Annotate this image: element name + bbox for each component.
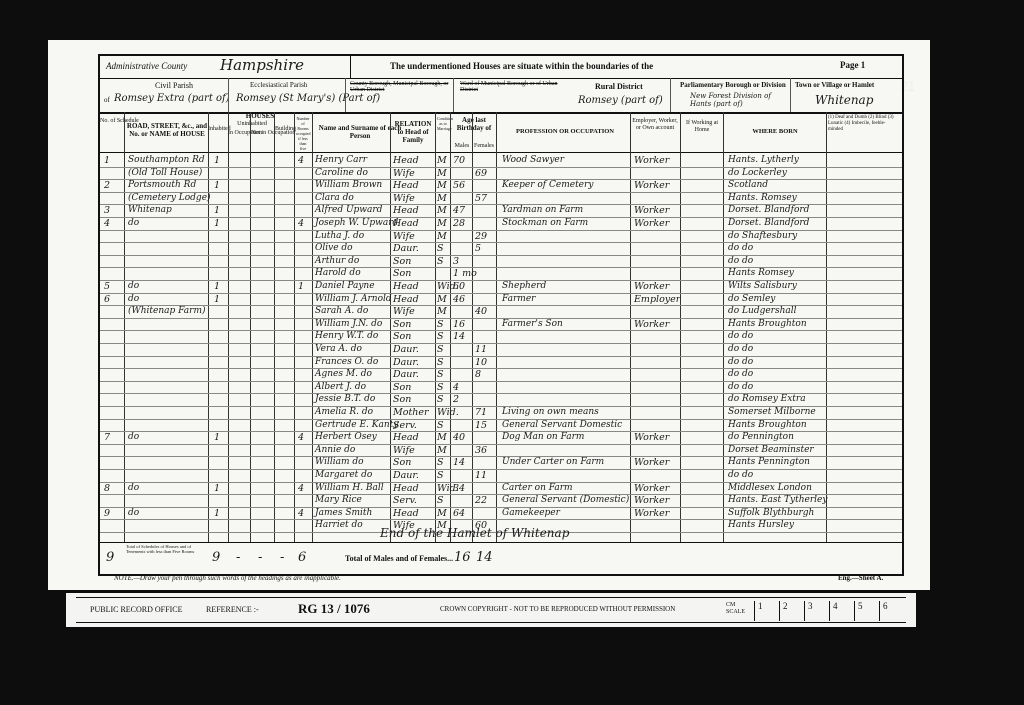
total-schedules: 9 xyxy=(106,550,114,565)
relation: Wife xyxy=(393,168,415,179)
schedule-number: 8 xyxy=(104,483,110,494)
address: Portsmouth Rd xyxy=(128,180,196,190)
occupation: Stockman on Farm xyxy=(502,218,588,228)
occupation: Gamekeeper xyxy=(502,508,560,518)
reference-bar: PUBLIC RECORD OFFICE REFERENCE :- RG 13 … xyxy=(66,593,916,627)
occupation: Shepherd xyxy=(502,281,546,291)
county-borough-label: County Borough, Municipal Borough, or Ur… xyxy=(350,81,460,93)
civil-parish-value: Romsey Extra (part of) xyxy=(114,93,230,104)
schedule-number: 9 xyxy=(104,508,110,519)
end-note: End of the Hamlet of Whitenap xyxy=(380,526,569,540)
person-name: Albert J. do xyxy=(315,382,366,392)
birthplace: Hants Romsey xyxy=(728,268,794,278)
relation: Son xyxy=(393,319,411,330)
inhabited-count: 1 xyxy=(214,205,220,216)
schedule-number: 3 xyxy=(104,205,110,216)
relation: Son xyxy=(393,457,411,468)
scale-mark: 2 xyxy=(779,601,805,621)
occupation: Dog Man on Farm xyxy=(502,432,584,442)
birthplace: Dorset Beaminster xyxy=(728,445,814,455)
scale-mark: 5 xyxy=(854,601,880,621)
person-name: William do xyxy=(315,457,364,467)
birthplace: Hants Broughton xyxy=(728,319,807,329)
person-name: William Brown xyxy=(315,180,382,190)
address: do xyxy=(128,508,139,518)
condition: S xyxy=(437,394,444,405)
relation: Head xyxy=(393,155,419,166)
address: Whitenap xyxy=(128,205,172,215)
rooms-count: 1 xyxy=(298,281,304,292)
schedule-number: 2 xyxy=(104,180,110,191)
inhabited-count: 1 xyxy=(214,218,220,229)
employment-status: Worker xyxy=(634,155,669,166)
col-relation: RELATION to Head of Family xyxy=(392,120,434,144)
hamlet-value: Whitenap xyxy=(815,93,873,107)
age-male: 47 xyxy=(453,205,465,216)
birthplace: Hants Hursley xyxy=(728,520,794,530)
totals-persons-label: Total of Males and of Females... xyxy=(345,554,453,563)
total-building: - xyxy=(280,550,284,565)
age-male: 34 xyxy=(453,483,465,494)
col-uninhabited: Uninhabited xyxy=(230,121,274,127)
scale-mark: 6 xyxy=(879,601,905,621)
relation: Daur. xyxy=(393,357,419,368)
age-male: 3 xyxy=(453,256,459,267)
person-name: Frances O. do xyxy=(315,357,378,367)
col-houses: HOUSES xyxy=(230,112,290,120)
age-female: 57 xyxy=(475,193,487,204)
person-name: Daniel Payne xyxy=(315,281,375,291)
birthplace: do do xyxy=(728,369,753,379)
col-condition: Condition as to Marriage xyxy=(437,116,449,131)
employment-status: Employer xyxy=(634,294,680,305)
age-male: 14 xyxy=(453,457,465,468)
inhabited-count: 1 xyxy=(214,180,220,191)
condition: S xyxy=(437,369,444,380)
birthplace: do Pennington xyxy=(728,432,794,442)
rural-district-value: Romsey (part of) xyxy=(578,95,663,106)
address: do xyxy=(128,281,139,291)
admin-county-label: Administrative County xyxy=(106,61,187,71)
relation: Serv. xyxy=(393,420,417,431)
column-headers: No. of Schedule ROAD, STREET, &c., and N… xyxy=(100,112,902,153)
person-name: Henry W.T. do xyxy=(315,331,378,341)
age-male: 1 mo xyxy=(453,268,477,279)
birthplace: do do xyxy=(728,256,753,266)
birthplace: do do xyxy=(728,331,753,341)
person-name: Annie do xyxy=(315,445,355,455)
birthplace: do do xyxy=(728,382,753,392)
relation: Son xyxy=(393,394,411,405)
reference-label: REFERENCE :- xyxy=(206,605,259,614)
person-name: Mary Rice xyxy=(315,495,362,505)
birthplace: do do xyxy=(728,470,753,480)
condition: S xyxy=(437,457,444,468)
occupation: Farmer's Son xyxy=(502,319,563,329)
employment-status: Worker xyxy=(634,180,669,191)
footnote: NOTE.—Draw your pen through such words o… xyxy=(114,574,341,582)
person-name: Caroline do xyxy=(315,168,368,178)
relation: Daur. xyxy=(393,243,419,254)
relation: Head xyxy=(393,508,419,519)
col-inhabited: Inhabited xyxy=(208,126,228,133)
parliamentary-label: Parliamentary Borough or Division xyxy=(680,81,786,89)
address: (Old Toll House) xyxy=(128,168,202,178)
schedule-number: 6 xyxy=(104,294,110,305)
sheet-label: Eng.—Sheet A. xyxy=(838,574,883,582)
schedule-number: 5 xyxy=(104,281,110,292)
relation: Wife xyxy=(393,193,415,204)
inhabited-count: 1 xyxy=(214,155,220,166)
employment-status: Worker xyxy=(634,495,669,506)
schedule-number: 7 xyxy=(104,432,110,443)
form-heading: The undermentioned Houses are situate wi… xyxy=(390,61,653,71)
relation: Son xyxy=(393,382,411,393)
condition: M xyxy=(437,180,447,191)
relation: Wife xyxy=(393,231,415,242)
birthplace: Somerset Milborne xyxy=(728,407,816,417)
birthplace: do Lockerley xyxy=(728,168,787,178)
occupation: Under Carter on Farm xyxy=(502,457,604,467)
occupation: Living on own means xyxy=(502,407,599,417)
employment-status: Worker xyxy=(634,432,669,443)
age-female: 36 xyxy=(475,445,487,456)
relation: Son xyxy=(393,256,411,267)
person-name: Vera A. do xyxy=(315,344,362,354)
rooms-count: 4 xyxy=(298,483,304,494)
person-name: James Smith xyxy=(315,508,372,518)
condition: S xyxy=(437,420,444,431)
birthplace: Middlesex London xyxy=(728,483,812,493)
condition: S xyxy=(437,470,444,481)
occupation: Keeper of Cemetery xyxy=(502,180,593,190)
scale-mark: 3 xyxy=(804,601,830,621)
person-name: Amelia R. do xyxy=(315,407,373,417)
form-header-top: Administrative County Hampshire The unde… xyxy=(100,56,902,79)
total-males: 16 xyxy=(454,550,471,565)
person-name: Lutha J. do xyxy=(315,231,364,241)
relation: Daur. xyxy=(393,369,419,380)
inhabited-count: 1 xyxy=(214,508,220,519)
parliamentary-value: New Forest Division of Hants (part of) xyxy=(690,92,785,108)
condition: M xyxy=(437,205,447,216)
copyright-notice: CROWN COPYRIGHT - NOT TO BE REPRODUCED W… xyxy=(440,605,675,613)
birthplace: do Semley xyxy=(728,294,775,304)
col-address: ROAD, STREET, &c., and No. or NAME of HO… xyxy=(126,122,208,138)
inhabited-count: 1 xyxy=(214,281,220,292)
age-male: 40 xyxy=(453,432,465,443)
address: Southampton Rd xyxy=(128,155,205,165)
scale-mark: 1 xyxy=(754,601,780,621)
condition: M xyxy=(437,193,447,204)
age-female: 29 xyxy=(475,231,487,242)
age-female: 11 xyxy=(475,470,487,481)
ward-label: Ward of Municipal Borough or of Urban Di… xyxy=(460,81,570,93)
scale-mark: 4 xyxy=(829,601,855,621)
birthplace: Scotland xyxy=(728,180,768,190)
schedule-number: 4 xyxy=(104,218,110,229)
form-header-districts: Civil Parish of Romsey Extra (part of) E… xyxy=(100,78,902,114)
employment-status: Worker xyxy=(634,508,669,519)
occupation: Wood Sawyer xyxy=(502,155,564,165)
birthplace: Suffolk Blythburgh xyxy=(728,508,814,518)
condition: M xyxy=(437,306,447,317)
employment-status: Worker xyxy=(634,281,669,292)
condition: M xyxy=(437,508,447,519)
birthplace: do do xyxy=(728,243,753,253)
person-name: Harold do xyxy=(315,268,361,278)
admin-county-value: Hampshire xyxy=(220,56,304,74)
age-female: 71 xyxy=(475,407,487,418)
rural-district-label: Rural District xyxy=(595,82,643,91)
birthplace: do Ludgershall xyxy=(728,306,797,316)
person-name: Olive do xyxy=(315,243,353,253)
relation: Head xyxy=(393,483,419,494)
person-name: Margaret do xyxy=(315,470,372,480)
birthplace: do do xyxy=(728,357,753,367)
address: (Whitenap Farm) xyxy=(128,306,206,316)
relation: Son xyxy=(393,268,411,279)
relation: Son xyxy=(393,331,411,342)
condition: S xyxy=(437,382,444,393)
employment-status: Worker xyxy=(634,205,669,216)
age-male: 64 xyxy=(453,508,465,519)
employment-status: Worker xyxy=(634,457,669,468)
age-female: 5 xyxy=(475,243,481,254)
birthplace: Dorset. Blandford xyxy=(728,218,809,228)
employment-status: Worker xyxy=(634,483,669,494)
person-name: Gertrude E. Kanty xyxy=(315,420,398,430)
age-female: 40 xyxy=(475,306,487,317)
relation: Mother xyxy=(393,407,429,418)
address: do xyxy=(128,432,139,442)
col-schedule: No. of Schedule xyxy=(100,118,124,125)
condition: S xyxy=(437,495,444,506)
inhabited-count: 1 xyxy=(214,483,220,494)
totals-schedules-label: Total of Schedules of Houses and of Tene… xyxy=(126,544,206,554)
occupation: Farmer xyxy=(502,294,535,304)
person-name: Henry Carr xyxy=(315,155,367,165)
address: do xyxy=(128,218,139,228)
condition: M xyxy=(437,168,447,179)
census-form: Administrative County Hampshire The unde… xyxy=(98,54,904,576)
col-building: Building xyxy=(275,126,295,133)
age-female: 11 xyxy=(475,344,487,355)
reference-number: RG 13 / 1076 xyxy=(298,601,370,617)
inhabited-count: 1 xyxy=(214,432,220,443)
col-not-in-occupation: Not in Occupation xyxy=(251,130,273,137)
employment-status: Worker xyxy=(634,319,669,330)
birthplace: Dorset. Blandford xyxy=(728,205,809,215)
birthplace: Hants Pennington xyxy=(728,457,810,467)
relation: Head xyxy=(393,294,419,305)
employment-status: Worker xyxy=(634,218,669,229)
col-infirmity: (1) Deaf and Dumb (2) Blind (3) Lunatic … xyxy=(828,115,900,133)
address: do xyxy=(128,483,139,493)
occupation: Carter on Farm xyxy=(502,483,573,493)
total-females: 14 xyxy=(476,550,493,565)
age-male: 16 xyxy=(453,319,465,330)
occupation: General Servant Domestic xyxy=(502,420,622,430)
scale-label: CM SCALE xyxy=(726,602,748,616)
census-page: 21 Administrative County Hampshire The u… xyxy=(48,40,930,590)
total-uninhabited-occ: - xyxy=(236,550,240,565)
person-name: Herbert Osey xyxy=(315,432,377,442)
page-label: Page 1 xyxy=(840,60,865,70)
relation: Head xyxy=(393,281,419,292)
condition: S xyxy=(437,243,444,254)
age-female: 8 xyxy=(475,369,481,380)
total-inhabited: 9 xyxy=(212,550,220,565)
condition: M xyxy=(437,231,447,242)
col-rooms: Number of Rooms occupied if less than fi… xyxy=(296,116,310,151)
condition: M xyxy=(437,218,447,229)
col-females: Females xyxy=(474,143,494,150)
age-male: 70 xyxy=(453,155,465,166)
col-males: Males xyxy=(452,143,472,150)
birthplace: Hants. East Tytherley xyxy=(728,495,827,505)
col-in-occupation: In Occupation xyxy=(228,130,250,137)
total-rooms: 6 xyxy=(298,550,306,565)
relation: Head xyxy=(393,205,419,216)
rooms-count: 4 xyxy=(298,432,304,443)
person-name: Joseph W. Upward xyxy=(315,218,398,228)
condition: M xyxy=(437,432,447,443)
birthplace: Hants Broughton xyxy=(728,420,807,430)
age-male: 56 xyxy=(453,180,465,191)
condition: S xyxy=(437,331,444,342)
birthplace: do Romsey Extra xyxy=(728,394,806,404)
age-female: 10 xyxy=(475,357,487,368)
person-name: Alfred Upward xyxy=(315,205,382,215)
age-male: 2 xyxy=(453,394,459,405)
col-occupation: PROFESSION OR OCCUPATION xyxy=(500,128,630,135)
col-employer: Employer, Worker, or Own account xyxy=(630,118,680,132)
person-name: Sarah A. do xyxy=(315,306,368,316)
person-name: William H. Ball xyxy=(315,483,384,493)
relation: Head xyxy=(393,218,419,229)
person-name: Clara do xyxy=(315,193,354,203)
condition: S xyxy=(437,344,444,355)
condition: M xyxy=(437,155,447,166)
hamlet-label: Town or Village or Hamlet xyxy=(795,81,874,89)
address: do xyxy=(128,294,139,304)
col-working-home: If Working at Home xyxy=(682,120,722,134)
condition: S xyxy=(437,256,444,267)
person-name: Agnes M. do xyxy=(315,369,372,379)
occupation: General Servant (Domestic) xyxy=(502,495,629,505)
ecclesiastical-parish-label: Ecclesiastical Parish xyxy=(250,81,307,89)
person-name: Arthur do xyxy=(315,256,359,266)
age-male: 14 xyxy=(453,331,465,342)
condition: M xyxy=(437,445,447,456)
age-female: 69 xyxy=(475,168,487,179)
schedule-number: 1 xyxy=(104,155,110,166)
relation: Daur. xyxy=(393,470,419,481)
record-office: PUBLIC RECORD OFFICE xyxy=(90,605,182,614)
age-male: 28 xyxy=(453,218,465,229)
rooms-count: 4 xyxy=(298,218,304,229)
rooms-count: 4 xyxy=(298,155,304,166)
condition: S xyxy=(437,357,444,368)
ecclesiastical-parish-value: Romsey (St Mary's) (Part of) xyxy=(236,93,380,104)
person-name: William J. Arnold xyxy=(315,294,392,304)
total-uninhabited-not: - xyxy=(258,550,262,565)
occupation: Yardman on Farm xyxy=(502,205,583,215)
age-female: 22 xyxy=(475,495,487,506)
condition: S xyxy=(437,319,444,330)
relation: Wife xyxy=(393,306,415,317)
civil-parish-label: Civil Parish xyxy=(155,81,193,90)
person-name: Harriet do xyxy=(315,520,363,530)
person-name: Jessie B.T. do xyxy=(315,394,375,404)
birthplace: do do xyxy=(728,344,753,354)
birthplace: Hants. Lytherly xyxy=(728,155,799,165)
age-male: 4 xyxy=(453,382,459,393)
inhabited-count: 1 xyxy=(214,294,220,305)
relation: Head xyxy=(393,180,419,191)
relation: Daur. xyxy=(393,344,419,355)
age-male: 46 xyxy=(453,294,465,305)
address: (Cemetery Lodge) xyxy=(128,193,211,203)
relation: Wife xyxy=(393,445,415,456)
rooms-count: 4 xyxy=(298,508,304,519)
birthplace: Wilts Salisbury xyxy=(728,281,797,291)
birthplace: do Shaftesbury xyxy=(728,231,797,241)
age-female: 15 xyxy=(475,420,487,431)
relation: Head xyxy=(393,432,419,443)
col-where-born: WHERE BORN xyxy=(725,128,825,135)
relation: Serv. xyxy=(393,495,417,506)
birthplace: Hants. Romsey xyxy=(728,193,797,203)
age-male: 60 xyxy=(453,281,465,292)
col-age: Age last Birthday of xyxy=(452,116,496,132)
condition: Wid. xyxy=(437,407,459,418)
condition: M xyxy=(437,294,447,305)
person-name: William J.N. do xyxy=(315,319,382,329)
